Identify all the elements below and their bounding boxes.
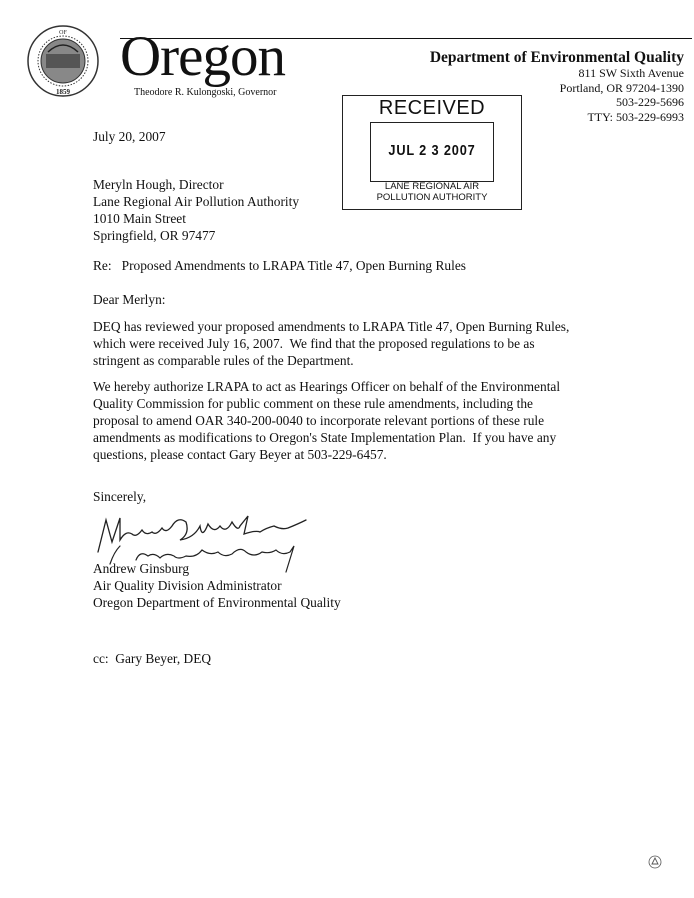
paragraph-1: DEQ has reviewed your proposed amendment… bbox=[93, 318, 673, 369]
received-stamp: RECEIVED JUL 2 3 2007 LANE REGIONAL AIR … bbox=[342, 95, 522, 210]
svg-text:1859: 1859 bbox=[56, 88, 71, 96]
cc-line: cc: Gary Beyer, DEQ bbox=[93, 650, 211, 667]
paragraph-line: amendments as modifications to Oregon's … bbox=[93, 429, 673, 446]
stamp-date-box: JUL 2 3 2007 bbox=[370, 122, 494, 182]
paragraph-2: We hereby authorize LRAPA to act as Hear… bbox=[93, 378, 673, 463]
recipient-address: Meryln Hough, Director Lane Regional Air… bbox=[93, 176, 299, 244]
paragraph-line: stringent as comparable rules of the Dep… bbox=[93, 352, 673, 369]
subject-line: Re: Proposed Amendments to LRAPA Title 4… bbox=[93, 257, 466, 274]
stamp-organization: LANE REGIONAL AIR POLLUTION AUTHORITY bbox=[343, 181, 521, 203]
tty-line: TTY: 503-229-6993 bbox=[560, 110, 684, 125]
address-line: Portland, OR 97204-1390 bbox=[560, 81, 684, 96]
closing: Sincerely, bbox=[93, 488, 146, 505]
recipient-line: 1010 Main Street bbox=[93, 210, 299, 227]
address-line: 811 SW Sixth Avenue bbox=[560, 66, 684, 81]
paragraph-line: We hereby authorize LRAPA to act as Hear… bbox=[93, 378, 673, 395]
stamp-title: RECEIVED bbox=[343, 97, 521, 120]
recipient-line: Meryln Hough, Director bbox=[93, 176, 299, 193]
stamp-date: JUL 2 3 2007 bbox=[380, 142, 484, 159]
signer-organization: Oregon Department of Environmental Quali… bbox=[93, 594, 341, 611]
stamp-org-line: POLLUTION AUTHORITY bbox=[343, 192, 521, 203]
state-seal-icon: 1859 OF bbox=[26, 24, 100, 98]
paragraph-line: DEQ has reviewed your proposed amendment… bbox=[93, 318, 673, 335]
state-name: Oregon bbox=[120, 28, 285, 85]
governor-name: Theodore R. Kulongoski, Governor bbox=[134, 87, 276, 98]
signer-title: Air Quality Division Administrator bbox=[93, 577, 341, 594]
letter-date: July 20, 2007 bbox=[93, 128, 166, 145]
recipient-line: Lane Regional Air Pollution Authority bbox=[93, 193, 299, 210]
signer-name: Andrew Ginsburg bbox=[93, 560, 341, 577]
recipient-line: Springfield, OR 97477 bbox=[93, 227, 299, 244]
greeting: Dear Merlyn: bbox=[93, 291, 166, 308]
paragraph-line: which were received July 16, 2007. We fi… bbox=[93, 335, 673, 352]
paragraph-line: Quality Commission for public comment on… bbox=[93, 395, 673, 412]
department-address: 811 SW Sixth Avenue Portland, OR 97204-1… bbox=[560, 66, 684, 124]
paragraph-line: questions, please contact Gary Beyer at … bbox=[93, 446, 673, 463]
signer-block: Andrew Ginsburg Air Quality Division Adm… bbox=[93, 560, 341, 611]
svg-text:OF: OF bbox=[59, 30, 67, 36]
stamp-org-line: LANE REGIONAL AIR bbox=[343, 181, 521, 192]
recycled-paper-icon bbox=[648, 855, 662, 869]
paragraph-line: proposal to amend OAR 340-200-0040 to in… bbox=[93, 412, 673, 429]
department-name: Department of Environmental Quality bbox=[430, 49, 684, 67]
phone-line: 503-229-5696 bbox=[560, 95, 684, 110]
